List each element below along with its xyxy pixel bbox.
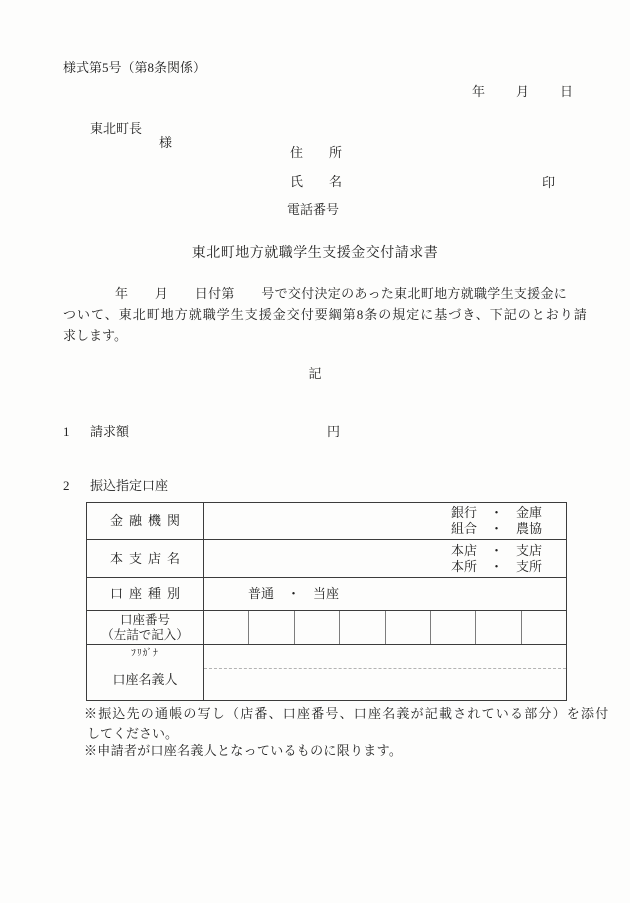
name-label: 氏 名 <box>290 175 342 189</box>
branch-options-line-1: 本店 ・ 支店 <box>451 543 542 559</box>
account-number-label-line-2: （左詰で記入） <box>101 628 189 643</box>
account-number-cell <box>386 611 431 644</box>
account-type-options: 普通 ・ 当座 <box>248 587 339 601</box>
holder-value-cell <box>204 645 566 700</box>
date-line: 年 月 日 <box>472 85 573 99</box>
table-row-holder: ﾌﾘｶﾞﾅ 口座名義人 <box>87 644 566 700</box>
bank-account-table: 金融機関 銀行 ・ 金庫 組合 ・ 農協 本支店名 本店 ・ 支店 本所 ・ 支… <box>86 502 567 701</box>
addressee-line: 東北町長 様 <box>77 108 172 164</box>
account-type-label-cell: 口座種別 <box>87 578 204 610</box>
body-line-2: ついて、東北町地方就職学生支援金交付要綱第8条の規定に基づき、下記のとおり請 <box>63 308 570 322</box>
table-row-account-type: 口座種別 普通 ・ 当座 <box>87 577 566 610</box>
date-day-label: 日 <box>560 85 573 99</box>
bank-options-line-1: 銀行 ・ 金庫 <box>451 505 542 521</box>
claim-section-label: 請求額 <box>90 425 129 439</box>
furigana-entry-area <box>204 645 566 669</box>
date-month-label: 月 <box>516 85 529 99</box>
account-number-cell <box>204 611 249 644</box>
branch-options-line-2: 本所 ・ 支所 <box>451 559 542 575</box>
branch-row-label: 本支店名 <box>110 552 186 566</box>
note-2: ※申請者が口座名義人となっているものに限ります。 <box>84 744 402 758</box>
bank-row-label: 金融機関 <box>110 514 186 528</box>
table-row-branch: 本支店名 本店 ・ 支店 本所 ・ 支所 <box>87 539 566 577</box>
table-row-account-number: 口座番号 （左詰で記入） <box>87 610 566 644</box>
bank-row-label-cell: 金融機関 <box>87 503 204 539</box>
account-number-cell <box>476 611 521 644</box>
branch-row-value-cell: 本店 ・ 支店 本所 ・ 支所 <box>204 540 566 577</box>
note-1: ※振込先の通帳の写し（店番、口座番号、口座名義が記載されている部分）を添付 <box>84 707 609 721</box>
bank-row-value-cell: 銀行 ・ 金庫 組合 ・ 農協 <box>204 503 566 539</box>
address-label: 住 所 <box>290 146 342 160</box>
table-row-bank: 金融機関 銀行 ・ 金庫 組合 ・ 農協 <box>87 503 566 539</box>
account-number-cell <box>249 611 294 644</box>
document-title: 東北町地方就職学生支援金交付請求書 <box>0 247 630 261</box>
transfer-section-number: 2 <box>63 479 70 493</box>
phone-label: 電話番号 <box>287 203 339 217</box>
claim-section-number: 1 <box>63 425 70 439</box>
account-number-cells <box>204 611 566 644</box>
note-1-continued: してください。 <box>87 727 178 741</box>
holder-label-cell: ﾌﾘｶﾞﾅ 口座名義人 <box>87 645 204 700</box>
account-number-cell <box>522 611 566 644</box>
account-type-value-cell: 普通 ・ 当座 <box>204 578 566 610</box>
furigana-label: ﾌﾘｶﾞﾅ <box>131 649 159 660</box>
bank-options-line-2: 組合 ・ 農協 <box>451 521 542 537</box>
date-year-label: 年 <box>472 85 485 99</box>
account-number-cell <box>340 611 385 644</box>
holder-entry-area <box>204 669 566 700</box>
claim-yen-unit: 円 <box>327 425 340 439</box>
account-number-label-line-1: 口座番号 <box>120 613 170 628</box>
form-id: 様式第5号（第8条関係） <box>63 61 206 75</box>
account-number-cell <box>295 611 340 644</box>
addressee: 東北町長 <box>90 121 142 136</box>
record-mark: 記 <box>0 367 630 381</box>
branch-row-label-cell: 本支店名 <box>87 540 204 577</box>
transfer-section-label: 振込指定口座 <box>90 479 168 493</box>
honorific: 様 <box>159 135 172 150</box>
seal-mark: 印 <box>542 176 555 190</box>
account-number-cell <box>431 611 476 644</box>
body-line-1: 年 月 日付第 号で交付決定のあった東北町地方就職学生支援金に <box>63 287 570 301</box>
request-form-document: 様式第5号（第8条関係） 年 月 日 東北町長 様 住 所 氏 名 印 電話番号… <box>0 0 630 903</box>
account-type-label: 口座種別 <box>110 587 186 601</box>
body-line-3: 求します。 <box>63 329 570 343</box>
account-number-label-cell: 口座番号 （左詰で記入） <box>87 611 204 644</box>
holder-label: 口座名義人 <box>112 673 177 687</box>
